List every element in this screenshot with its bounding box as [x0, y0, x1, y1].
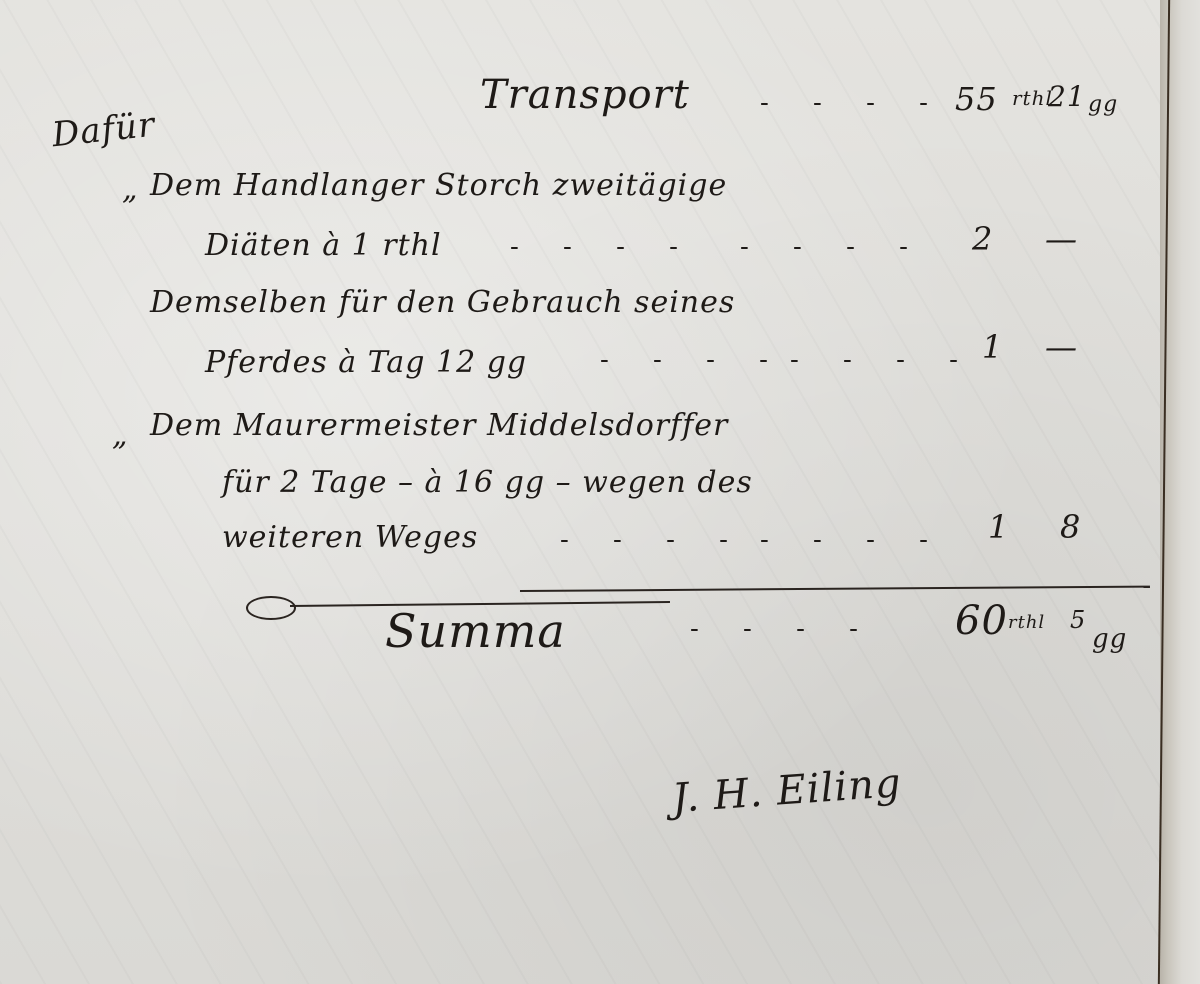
entry-3-line-2: für 2 Tage – à 16 gg – wegen des	[222, 465, 753, 500]
entry-3-line-1: Dem Maurermeister Middelsdorffer	[150, 408, 728, 443]
total-thaler-symbol: rthl	[1008, 612, 1045, 633]
leader-dashes: - - - -	[560, 525, 746, 555]
leader-dashes: - - - -	[760, 88, 946, 118]
entry-1-groschen: —	[1045, 220, 1078, 258]
left-label: Dafür	[50, 105, 157, 156]
entry-3-groschen: 8	[1060, 508, 1081, 546]
entry-1-line-2: Diäten à 1 rthl	[205, 228, 442, 263]
leader-dashes: - - - -	[690, 614, 876, 644]
entry-1-thaler: 2	[972, 220, 993, 258]
total-groschen-symbol: gg	[1092, 624, 1127, 654]
total-groschen: 5	[1070, 606, 1086, 634]
entry-2-thaler: 1	[982, 328, 1003, 366]
leader-dashes: - - - -	[600, 345, 786, 375]
transport-groschen: 21	[1048, 80, 1086, 113]
entry-2-line-1: Demselben für den Gebrauch seines	[150, 285, 735, 320]
flourish-loop	[246, 596, 296, 620]
transport-title: Transport	[480, 72, 690, 118]
leader-dashes: - - - -	[740, 232, 926, 262]
entry-3-line-3: weiteren Weges	[222, 520, 478, 555]
document-page: Dafür Transport - - - - 55 rthl 21 gg „ …	[0, 0, 1160, 984]
leader-dashes: - - - -	[760, 525, 946, 555]
total-thaler: 60	[955, 598, 1008, 644]
transport-thaler: 55	[955, 80, 998, 118]
entry-3-thaler: 1	[988, 508, 1009, 546]
entry-2-groschen: —	[1045, 328, 1078, 366]
entry-marker: „	[122, 172, 139, 207]
groschen-symbol: gg	[1088, 92, 1118, 117]
total-rule-upper	[520, 586, 1150, 592]
entry-2-line-2: Pferdes à Tag 12 gg	[205, 345, 527, 380]
leader-dashes: - - - -	[510, 232, 696, 262]
entry-marker: „	[112, 418, 129, 453]
leader-dashes: - - - -	[790, 345, 976, 375]
signature: J. H. Eiling	[671, 760, 903, 822]
total-label: Summa	[385, 604, 566, 658]
entry-1-line-1: Dem Handlanger Storch zweitägige	[150, 168, 727, 203]
thaler-symbol: rthl	[1012, 86, 1053, 110]
